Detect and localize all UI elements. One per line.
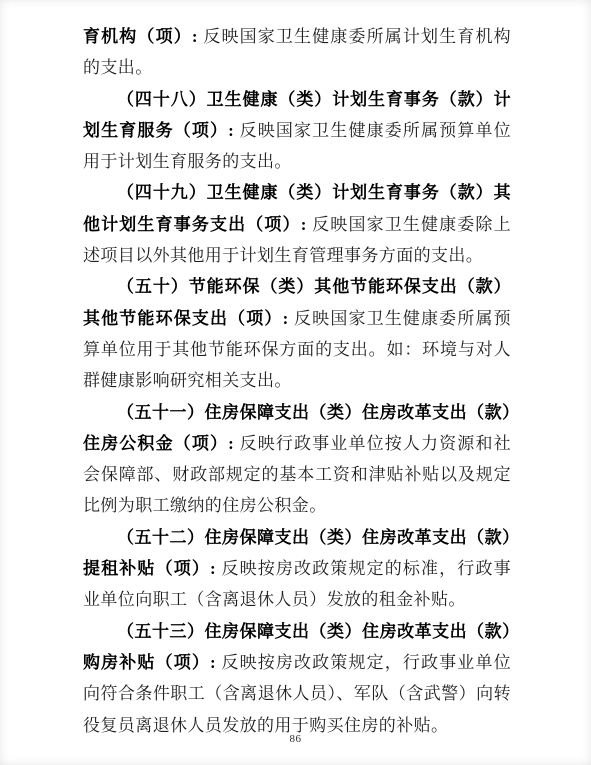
paragraph-item-52: （五十二）住房保障支出（类）住房改革支出（款）提租补贴（项）: 反映按房改政策规… xyxy=(83,522,511,616)
paragraph-item-51: （五十一）住房保障支出（类）住房改革支出（款）住房公积金（项）: 反映行政事业单… xyxy=(83,397,511,522)
paragraph-item-53: （五十三）住房保障支出（类）住房改革支出（款）购房补贴（项）: 反映按房改政策规… xyxy=(83,616,511,741)
paragraph-item-49: （四十九）卫生健康（类）计划生育事务（款）其他计划生育事务支出（项）: 反映国家… xyxy=(83,177,511,271)
paragraph-item-50: （五十）节能环保（类）其他节能环保支出（款）其他节能环保支出（项）: 反映国家卫… xyxy=(83,271,511,396)
page-number: 86 xyxy=(0,733,591,745)
text-block: 育机构（项）: 反映国家卫生健康委所属计划生育机构的支出。 （四十八）卫生健康（… xyxy=(83,21,511,741)
paragraph-continuation: 育机构（项）: 反映国家卫生健康委所属计划生育机构的支出。 xyxy=(83,21,511,84)
para-heading: 育机构（项）: xyxy=(83,27,198,46)
paragraph-item-48: （四十八）卫生健康（类）计划生育事务（款）计划生育服务（项）: 反映国家卫生健康… xyxy=(83,84,511,178)
document-page: 育机构（项）: 反映国家卫生健康委所属计划生育机构的支出。 （四十八）卫生健康（… xyxy=(0,0,591,765)
